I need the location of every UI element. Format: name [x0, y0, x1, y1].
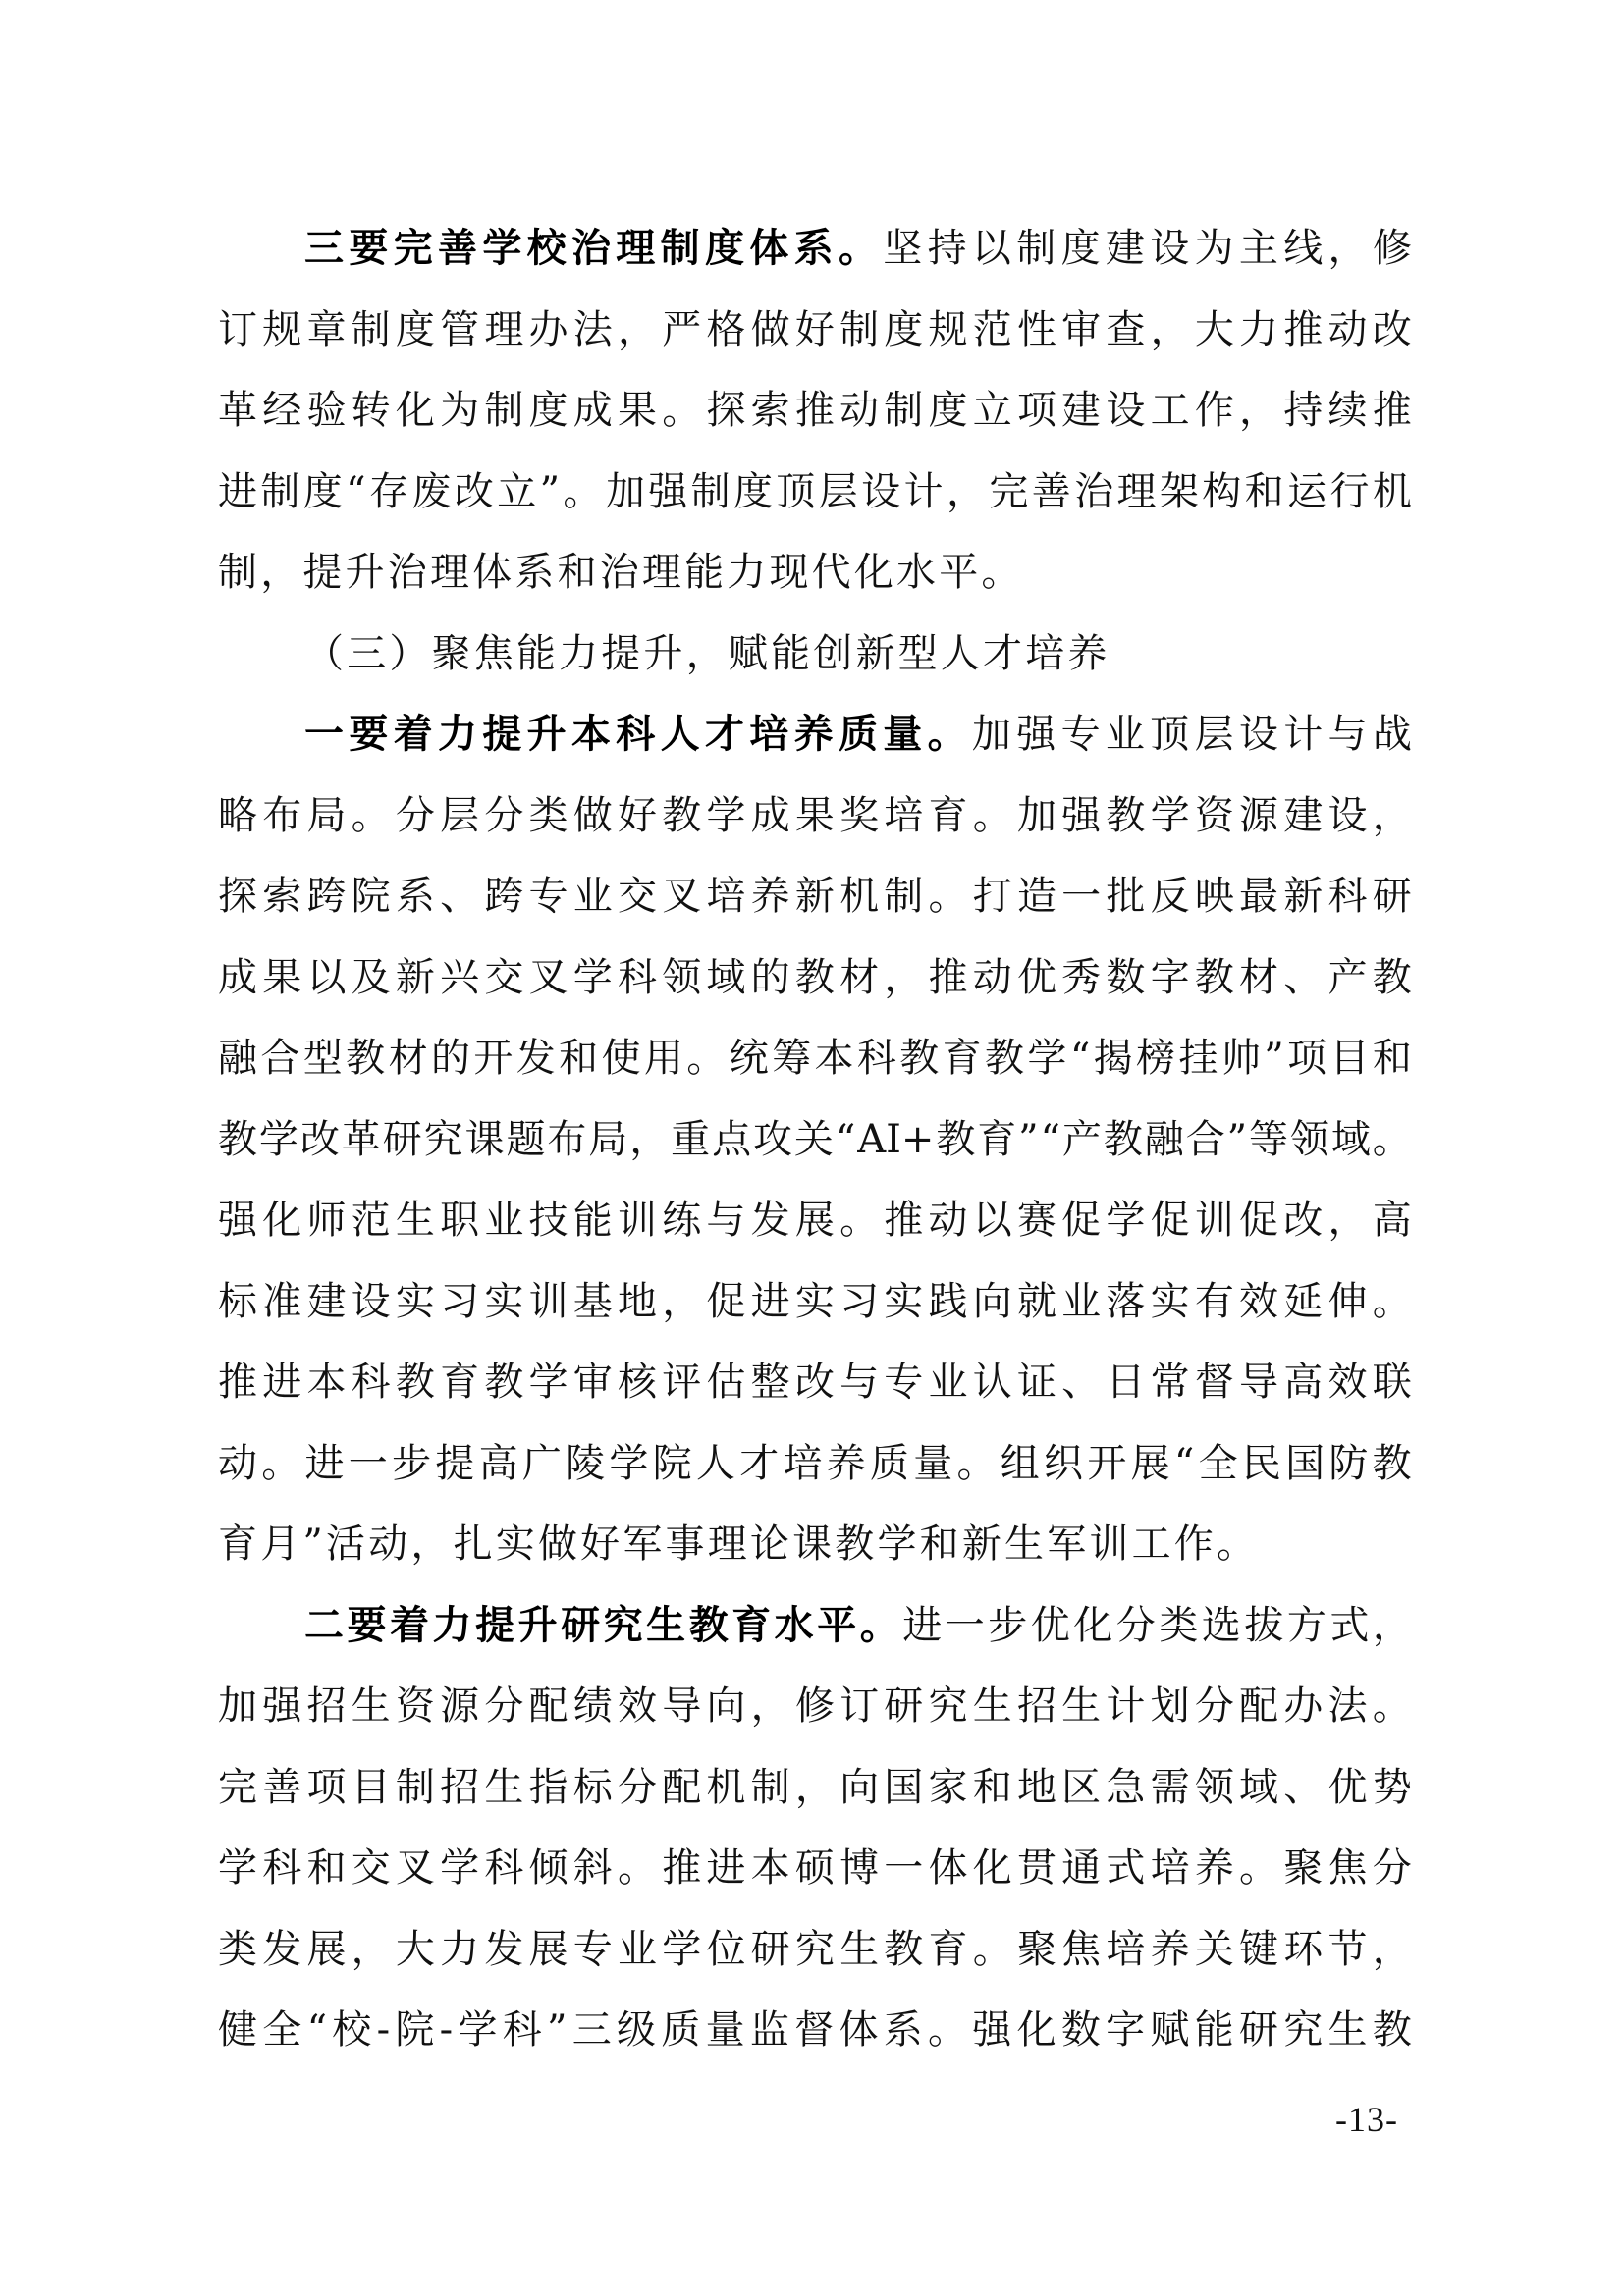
- text-char: 教: [218, 1099, 257, 1181]
- text-char: 加: [606, 452, 645, 533]
- text-char: 织: [1044, 1423, 1083, 1505]
- lead-char: 要: [348, 1585, 387, 1667]
- text-char: 教: [484, 1342, 523, 1423]
- text-char: 成: [573, 370, 613, 452]
- text-char: 做: [573, 775, 613, 857]
- text-char: 源: [440, 1666, 479, 1747]
- text-char: 联: [1373, 1342, 1412, 1423]
- text-char: 合: [260, 1018, 299, 1099]
- text-char: 培: [1151, 1828, 1190, 1909]
- text-char: 规: [262, 290, 301, 371]
- text-char: 。: [1217, 1504, 1256, 1585]
- text-char: 斜: [573, 1828, 613, 1909]
- text-char: ，: [662, 1261, 701, 1343]
- text-char: 提: [601, 614, 640, 695]
- text-char: 究: [929, 1666, 968, 1747]
- text-char: 层: [1195, 694, 1234, 775]
- text-char: 推: [795, 370, 835, 452]
- text-char: 理: [430, 532, 469, 614]
- paragraph-line: 二要着力提升研究生教育水平。进一步优化分类选拔方式，: [218, 1585, 1412, 1667]
- lead-char: 升: [518, 1585, 558, 1667]
- text-char: 强: [218, 1180, 257, 1261]
- text-char: 审: [573, 1342, 613, 1423]
- text-char: 专: [884, 1342, 923, 1423]
- text-char: 和: [1245, 452, 1284, 533]
- text-char: 制: [691, 452, 731, 533]
- text-char: 高: [1373, 1180, 1412, 1261]
- text-char: 计: [904, 452, 944, 533]
- lead-char: 量: [883, 694, 922, 775]
- text-char: 专: [529, 856, 568, 937]
- text-char: 展: [795, 1180, 835, 1261]
- lead-char: 养: [794, 694, 834, 775]
- text-char: 拔: [1244, 1585, 1283, 1667]
- text-char: 工: [1151, 370, 1190, 452]
- text-char: 位: [706, 1909, 745, 1991]
- text-char: 升: [346, 532, 385, 614]
- text-char: 建: [1283, 775, 1323, 857]
- text-char: 开: [1087, 1423, 1126, 1505]
- text-char: 机: [1373, 452, 1412, 533]
- text-char: 日: [1106, 1342, 1145, 1423]
- text-char: 动: [218, 1423, 257, 1505]
- text-char: 进: [218, 452, 257, 533]
- text-char: 育: [977, 1099, 1016, 1181]
- text-char: 向: [706, 1666, 745, 1747]
- text-char: 加: [972, 694, 1011, 775]
- text-char: 、: [1061, 1342, 1101, 1423]
- text-char: 融: [1145, 1099, 1184, 1181]
- text-char: 推: [1283, 290, 1323, 371]
- text-char: 绩: [573, 1666, 613, 1747]
- text-char: 查: [1106, 290, 1145, 371]
- text-char: 学: [662, 1909, 701, 1991]
- text-char: 成: [751, 775, 790, 857]
- text-char: 源: [1239, 775, 1278, 857]
- text-char: 水: [896, 532, 936, 614]
- text-char: 论: [750, 1504, 789, 1585]
- text-char: 提: [435, 1423, 474, 1505]
- text-char: 治: [1074, 452, 1113, 533]
- text-char: 就: [1017, 1261, 1056, 1343]
- text-char: 环: [1283, 1909, 1323, 1991]
- text-char: 地: [618, 1261, 657, 1343]
- text-char: 进: [751, 1261, 790, 1343]
- text-char: 三: [347, 614, 386, 695]
- text-char: ，: [947, 452, 986, 533]
- text-char: 才: [739, 1423, 779, 1505]
- text-char: 度: [303, 452, 343, 533]
- text-char: 化: [854, 532, 893, 614]
- text-char: 聚: [1017, 1909, 1056, 1991]
- text-char: 究: [1283, 1990, 1323, 2071]
- text-char: 招: [1017, 1666, 1056, 1747]
- text-char: 打: [973, 856, 1012, 937]
- text-char: 强: [648, 452, 687, 533]
- text-char: 动: [839, 370, 879, 452]
- text-char: 完: [989, 452, 1028, 533]
- text-char: 字: [1106, 1990, 1145, 2071]
- text-char: 资: [1195, 775, 1234, 857]
- text-char: 督: [1195, 1342, 1234, 1423]
- text-char: 科: [484, 1828, 523, 1909]
- text-char: 方: [1287, 1585, 1326, 1667]
- text-char: 改: [1373, 290, 1412, 371]
- text-char: 反: [1151, 856, 1190, 937]
- text-char: 研: [884, 1666, 923, 1747]
- lead-char: 二: [304, 1585, 344, 1667]
- text-char: 以: [972, 208, 1011, 290]
- text-char: 质: [870, 1423, 909, 1505]
- lead-char: 善: [438, 208, 477, 290]
- text-char: 生: [484, 1747, 523, 1829]
- text-char: 制: [352, 290, 391, 371]
- text-char: 究: [795, 1909, 835, 1991]
- text-char: 步: [988, 1585, 1027, 1667]
- text-char: 修: [795, 1666, 835, 1747]
- text-char: 学: [1027, 1018, 1066, 1099]
- text-char: ”: [1227, 1099, 1247, 1181]
- text-char: 促: [1239, 1180, 1278, 1261]
- text-char: 训: [1089, 1504, 1128, 1585]
- text-char: ”: [1264, 1018, 1283, 1099]
- text-char: 实: [484, 1261, 523, 1343]
- text-char: 国: [884, 1747, 923, 1829]
- text-char: 教: [1373, 937, 1412, 1019]
- paragraph-line: 推进本科教育教学审核评估整改与专业认证、日常督导高效联: [218, 1342, 1412, 1423]
- text-char: 本: [814, 1018, 853, 1099]
- text-char: 教: [396, 1342, 435, 1423]
- text-char: 筹: [772, 1018, 811, 1099]
- text-char: 准: [262, 1261, 301, 1343]
- text-char: 大: [1195, 290, 1234, 371]
- text-char: 作: [1195, 370, 1234, 452]
- text-char: 培: [783, 1423, 822, 1505]
- text-char: 军: [623, 1504, 662, 1585]
- text-char: 坚: [883, 208, 922, 290]
- text-char: 究: [424, 1099, 463, 1181]
- text-char: 。: [686, 1018, 726, 1099]
- text-char: 校: [332, 1990, 371, 2071]
- text-char: 局: [588, 1099, 627, 1181]
- text-char: 。: [929, 856, 968, 937]
- text-char: 制: [1016, 208, 1056, 290]
- text-char: 类: [218, 1909, 257, 1991]
- text-char: 设: [1150, 208, 1189, 290]
- paragraph-line: 健全“校-院-学科”三级质量监督体系。强化数字赋能研究生教: [218, 1990, 1412, 2071]
- text-char: 建: [306, 1261, 346, 1343]
- text-char: 续: [1327, 370, 1367, 452]
- text-char: 最: [1239, 856, 1278, 937]
- text-char: 材: [389, 1018, 428, 1099]
- text-char: 、: [440, 856, 479, 937]
- text-char: 学: [458, 1990, 497, 2071]
- text-char: 章: [306, 290, 346, 371]
- text-char: 工: [1132, 1504, 1171, 1585]
- text-char: ，: [629, 1099, 669, 1181]
- text-char: 育: [943, 1018, 982, 1099]
- text-char: 、: [1283, 937, 1323, 1019]
- text-char: 和: [558, 532, 597, 614]
- text-char: 业: [618, 1909, 657, 1991]
- text-char: 代: [812, 532, 851, 614]
- text-char: 关: [794, 1099, 834, 1181]
- text-char: ，: [260, 532, 299, 614]
- text-char: 培: [1025, 614, 1064, 695]
- paragraph-line: 探索跨院系、跨专业交叉培养新机制。打造一批反映最新科研: [218, 856, 1412, 937]
- text-char: 废: [411, 452, 451, 533]
- text-char: 好: [618, 775, 657, 857]
- text-char: 新: [396, 937, 435, 1019]
- text-char: 事: [666, 1504, 705, 1585]
- text-char: 与: [706, 1180, 745, 1261]
- text-char: 资: [396, 1666, 435, 1747]
- text-char: 叉: [396, 1828, 435, 1909]
- text-char: 革: [342, 1099, 381, 1181]
- text-char: 计: [1106, 1666, 1145, 1747]
- text-char: 训: [618, 1180, 657, 1261]
- text-char: 向: [839, 1747, 879, 1829]
- text-char: 立: [497, 452, 536, 533]
- text-char: 材: [839, 937, 879, 1019]
- text-char: 挂: [1178, 1018, 1218, 1099]
- text-char: 推: [662, 1828, 701, 1909]
- text-char: 家: [929, 1747, 968, 1829]
- text-char: 专: [1061, 694, 1101, 775]
- text-char: ，: [751, 1666, 790, 1747]
- text-char: 评: [662, 1342, 701, 1423]
- text-char: 势: [1373, 1747, 1412, 1829]
- text-char: 动: [1327, 290, 1367, 371]
- text-char: 发: [516, 1018, 556, 1099]
- text-char: 主: [1239, 208, 1278, 290]
- lead-char: 育: [731, 1585, 771, 1667]
- text-char: 强: [1061, 775, 1101, 857]
- text-char: 。: [981, 532, 1020, 614]
- lead-char: 人: [661, 694, 700, 775]
- text-char: 效: [1239, 1261, 1278, 1343]
- text-char: 发: [484, 1909, 523, 1991]
- text-char: 好: [580, 1504, 620, 1585]
- text-char: 设: [861, 452, 900, 533]
- text-char: 院: [395, 1990, 434, 2071]
- text-char: 和: [973, 1747, 1012, 1829]
- text-char: 数: [1106, 937, 1145, 1019]
- text-char: 领: [662, 937, 701, 1019]
- text-char: 本: [751, 1828, 790, 1909]
- text-char: 及: [352, 937, 391, 1019]
- lead-char: 提: [475, 1585, 514, 1667]
- lead-char: 着: [394, 694, 433, 775]
- text-char: 招: [306, 1666, 346, 1747]
- text-char: 持: [928, 208, 967, 290]
- text-char: 扎: [454, 1504, 493, 1585]
- text-char: 作: [1174, 1504, 1214, 1585]
- text-char: 的: [431, 1018, 470, 1099]
- text-char: 能: [771, 614, 810, 695]
- text-char: 理: [642, 532, 681, 614]
- text-char: 月: [260, 1504, 299, 1585]
- text-char: 制: [396, 1747, 435, 1829]
- text-char: 推: [218, 1342, 257, 1423]
- text-char: 。: [957, 1423, 997, 1505]
- text-char: ，: [795, 1747, 835, 1829]
- text-char: 贯: [1017, 1828, 1056, 1909]
- text-char: 展: [306, 1909, 346, 1991]
- text-char: 一: [946, 1585, 985, 1667]
- paragraph-line: 标准建设实习实训基地，促进实习实践向就业落实有效延伸。: [218, 1261, 1412, 1343]
- text-char: 类: [1159, 1585, 1198, 1667]
- text-char: 院: [653, 1423, 692, 1505]
- text-char: 性: [1017, 290, 1056, 371]
- text-char: 做: [538, 1504, 577, 1585]
- text-char: 发: [262, 1909, 301, 1991]
- text-char: 科: [262, 1828, 301, 1909]
- text-char: 练: [662, 1180, 701, 1261]
- text-char: 力: [559, 614, 598, 695]
- text-char: 实: [396, 1261, 435, 1343]
- text-char: ，: [1239, 370, 1278, 452]
- text-char: 级: [617, 1990, 656, 2071]
- text-char: 实: [1151, 1261, 1190, 1343]
- text-char: 学: [706, 775, 745, 857]
- text-char: 行: [1329, 452, 1369, 533]
- text-char: 治: [388, 532, 427, 614]
- text-char: 学: [440, 1828, 479, 1909]
- text-char: 标: [573, 1747, 613, 1829]
- text-char: 度: [929, 370, 968, 452]
- text-char: 审: [1061, 290, 1101, 371]
- text-char: 现: [769, 532, 808, 614]
- text-char: ，: [618, 290, 657, 371]
- text-char: 新: [795, 856, 835, 937]
- text-char: 果: [795, 775, 835, 857]
- lead-char: 体: [749, 208, 788, 290]
- text-char: 分: [1373, 1828, 1412, 1909]
- text-char: 持: [1283, 370, 1323, 452]
- text-char: 交: [618, 856, 657, 937]
- text-char: 学: [1106, 1180, 1145, 1261]
- text-char: 革: [218, 370, 257, 452]
- text-char: 估: [706, 1342, 745, 1423]
- text-char: 层: [819, 452, 858, 533]
- text-char: 升: [644, 614, 683, 695]
- text-char: 与: [839, 1342, 879, 1423]
- text-char: 教: [899, 1018, 939, 1099]
- text-char: 进: [262, 1342, 301, 1423]
- text-char: 改: [795, 1342, 835, 1423]
- paragraph-line: 一要着力提升本科人才培养质量。加强专业顶层设计与战: [218, 694, 1412, 775]
- text-char: 完: [218, 1747, 257, 1829]
- text-char: 广: [522, 1423, 562, 1505]
- text-char: 业: [1106, 694, 1145, 775]
- text-char: 能: [1195, 1990, 1234, 2071]
- text-char: 业: [929, 1342, 968, 1423]
- text-char: 、: [1283, 1747, 1323, 1829]
- text-char: 三: [572, 1990, 612, 2071]
- text-char: 度: [529, 370, 568, 452]
- document-page: 三要完善学校治理制度体系。坚持以制度建设为主线，修 订规章制度管理办法，严格做好…: [0, 0, 1624, 2296]
- text-char: 养: [1195, 1828, 1234, 1909]
- text-char: 制: [218, 532, 257, 614]
- text-char: 一: [1061, 856, 1101, 937]
- text-char: 效: [618, 1666, 657, 1747]
- text-char: 跨: [306, 856, 346, 937]
- text-char: ，: [410, 1504, 450, 1585]
- text-char: 设: [1106, 370, 1145, 452]
- text-char: 一: [884, 1828, 923, 1909]
- text-char: 效: [1327, 1342, 1367, 1423]
- text-char: 进: [902, 1585, 942, 1667]
- text-char: ，: [1373, 1585, 1412, 1667]
- text-char: 改: [300, 1099, 340, 1181]
- text-char: 。: [618, 1828, 657, 1909]
- text-char: AI+: [857, 1099, 934, 1181]
- text-char: 重: [671, 1099, 710, 1181]
- text-char: 促: [1061, 1180, 1101, 1261]
- text-char: 局: [306, 775, 346, 857]
- text-char: “: [307, 1990, 327, 2071]
- lead-char: 力: [433, 1585, 472, 1667]
- text-char: ，: [884, 937, 923, 1019]
- text-char: 与: [1328, 694, 1368, 775]
- text-char: 和: [306, 1828, 346, 1909]
- text-char: 导: [662, 1666, 701, 1747]
- text-char: 陵: [566, 1423, 605, 1505]
- text-char: 促: [706, 1261, 745, 1343]
- text-char: 目: [1329, 1018, 1369, 1099]
- text-char: 办: [1283, 1666, 1323, 1747]
- lead-char: 本: [571, 694, 611, 775]
- text-char: 做: [751, 290, 790, 371]
- text-char: 焦: [1061, 1909, 1101, 1991]
- text-char: 优: [1017, 937, 1056, 1019]
- text-char: 材: [1239, 937, 1278, 1019]
- text-char: 业: [573, 856, 613, 937]
- lead-char: 平: [817, 1585, 856, 1667]
- text-char: “: [1174, 1423, 1194, 1505]
- text-char: 师: [306, 1180, 346, 1261]
- text-char: ，: [686, 614, 726, 695]
- lead-char: 完: [394, 208, 433, 290]
- lead-char: 要: [349, 694, 388, 775]
- text-char: 动: [368, 1504, 407, 1585]
- text-char: 学: [529, 1342, 568, 1423]
- text-char: 以: [306, 937, 346, 1019]
- text-char: 区: [1061, 1747, 1101, 1829]
- text-char: 落: [1106, 1261, 1145, 1343]
- text-char: 。: [1373, 1099, 1412, 1181]
- lead-char: 水: [775, 1585, 814, 1667]
- text-char: 整: [751, 1342, 790, 1423]
- text-char: 力: [440, 1909, 479, 1991]
- text-char: 实: [884, 1261, 923, 1343]
- text-char: 理: [484, 290, 523, 371]
- text-char: 顶: [776, 452, 815, 533]
- text-char: 育: [929, 1909, 968, 1991]
- text-char: 选: [1202, 1585, 1241, 1667]
- text-char: 高: [479, 1423, 518, 1505]
- text-char: 化: [262, 1180, 301, 1261]
- text-char: 大: [396, 1909, 435, 1991]
- text-char: 组: [1001, 1423, 1040, 1505]
- text-char: 改: [455, 452, 494, 533]
- lead-char: 制: [661, 208, 700, 290]
- section-heading: （三）聚焦能力提升，赋能创新型人才培养: [218, 614, 1412, 695]
- text-char: 监: [750, 1990, 789, 2071]
- text-char: 赋: [729, 614, 768, 695]
- text-char: 型: [303, 1018, 343, 1099]
